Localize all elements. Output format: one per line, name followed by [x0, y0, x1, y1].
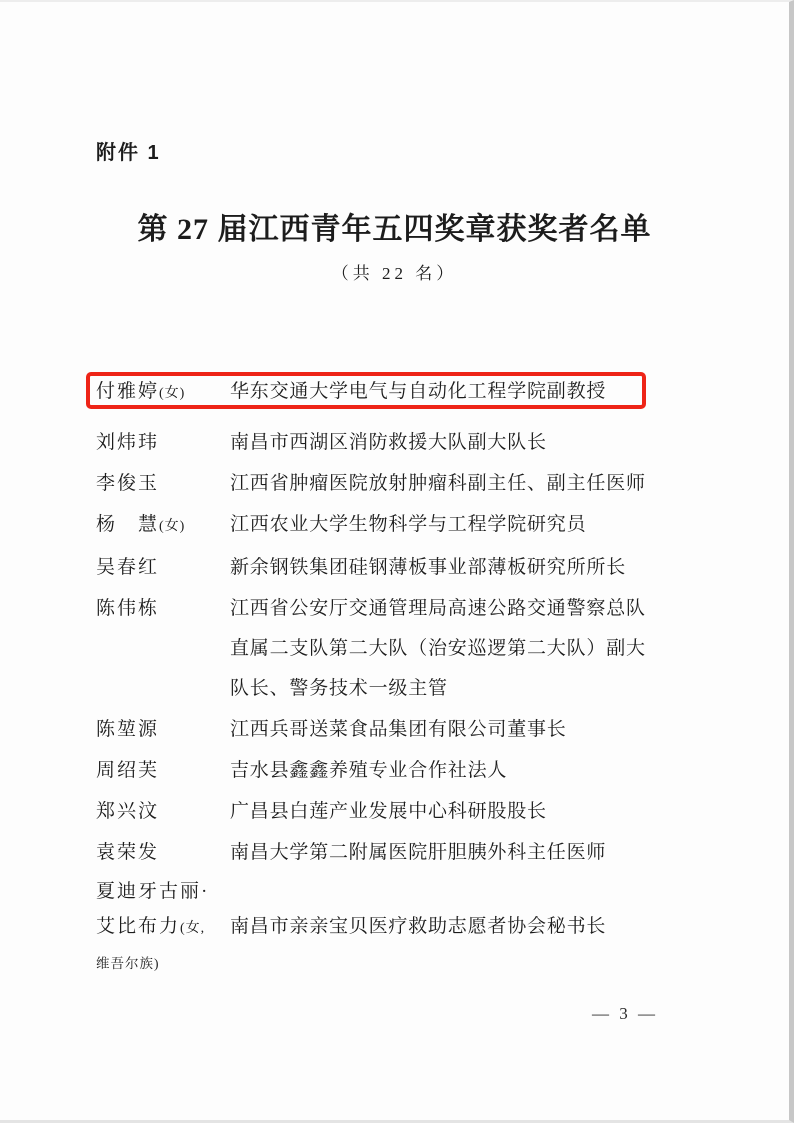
position-line: 江西兵哥送菜食品集团有限公司董事长 [230, 710, 567, 750]
gender-ethnicity-suffix: (女) [159, 386, 185, 401]
position-line: 新余钢铁集团硅钢薄板事业部薄板研究所所长 [230, 548, 626, 588]
awardee-name: 袁荣发 [96, 833, 230, 873]
awardee-list: 付雅婷(女)华东交通大学电气与自动化工程学院副教授刘炜玮南昌市西湖区消防救援大队… [96, 372, 736, 981]
awardee-name: 陈伟栋 [96, 589, 230, 629]
awardee-name: 郑兴汶 [96, 792, 230, 832]
awardee-name: 李俊玉 [96, 464, 230, 504]
awardee-position: 吉水县鑫鑫养殖专业合作社法人 [230, 751, 507, 791]
awardee-name: 维吾尔族) [96, 946, 230, 981]
position-line: 华东交通大学电气与自动化工程学院副教授 [230, 372, 606, 412]
awardee-position: 江西省肿瘤医院放射肿瘤科副主任、副主任医师 [230, 464, 646, 504]
awardee-name: 陈堃源 [96, 710, 230, 750]
list-item: 李俊玉江西省肿瘤医院放射肿瘤科副主任、副主任医师 [96, 464, 736, 504]
subtitle-count: （共 22 名） [0, 259, 789, 284]
gender-ethnicity-suffix: (女) [159, 519, 185, 534]
list-item: 夏迪牙古丽· [96, 874, 736, 909]
position-line: 江西省肿瘤医院放射肿瘤科副主任、副主任医师 [230, 464, 646, 504]
awardee-position: 广昌县白莲产业发展中心科研股股长 [230, 792, 547, 832]
document-page: 附件 1 第 27 届江西青年五四奖章获奖者名单 （共 22 名） 付雅婷(女)… [0, 0, 794, 1123]
position-line: 南昌大学第二附属医院肝胆胰外科主任医师 [230, 833, 606, 873]
attachment-label: 附件 1 [96, 136, 161, 165]
list-item: 刘炜玮南昌市西湖区消防救援大队副大队长 [96, 423, 736, 463]
list-item: 维吾尔族) [96, 946, 736, 981]
position-line: 南昌市西湖区消防救援大队副大队长 [230, 423, 547, 463]
awardee-position: 江西农业大学生物科学与工程学院研究员 [230, 505, 586, 545]
list-item: 艾比布力(女,南昌市亲亲宝贝医疗救助志愿者协会秘书长 [96, 909, 736, 946]
list-item: 付雅婷(女)华东交通大学电气与自动化工程学院副教授 [96, 372, 736, 414]
position-line: 广昌县白莲产业发展中心科研股股长 [230, 792, 547, 832]
awardee-position: 南昌市西湖区消防救援大队副大队长 [230, 423, 547, 463]
gender-ethnicity-suffix: (女, [180, 921, 205, 936]
awardee-name: 刘炜玮 [96, 423, 230, 463]
list-item: 周绍芙吉水县鑫鑫养殖专业合作社法人 [96, 751, 736, 791]
list-item: 吴春红新余钢铁集团硅钢薄板事业部薄板研究所所长 [96, 548, 736, 588]
awardee-position: 南昌大学第二附属医院肝胆胰外科主任医师 [230, 833, 606, 873]
position-line: 南昌市亲亲宝贝医疗救助志愿者协会秘书长 [230, 909, 606, 944]
list-item: 杨 慧(女)江西农业大学生物科学与工程学院研究员 [96, 505, 736, 547]
position-line: 吉水县鑫鑫养殖专业合作社法人 [230, 751, 507, 791]
awardee-name: 艾比布力(女, [96, 909, 230, 946]
awardee-name: 周绍芙 [96, 751, 230, 791]
awardee-position: 南昌市亲亲宝贝医疗救助志愿者协会秘书长 [230, 909, 606, 944]
list-item: 陈堃源江西兵哥送菜食品集团有限公司董事长 [96, 710, 736, 750]
awardee-position: 江西兵哥送菜食品集团有限公司董事长 [230, 710, 567, 750]
awardee-position: 华东交通大学电气与自动化工程学院副教授 [230, 372, 606, 412]
page-number: — 3 — [592, 1004, 658, 1024]
awardee-name: 夏迪牙古丽· [96, 874, 230, 909]
position-line: 直属二支队第二大队（治安巡逻第二大队）副大 [230, 629, 646, 669]
awardee-position: 新余钢铁集团硅钢薄板事业部薄板研究所所长 [230, 548, 626, 588]
awardee-position: 江西省公安厅交通管理局高速公路交通警察总队直属二支队第二大队（治安巡逻第二大队）… [230, 589, 646, 709]
awardee-name: 杨 慧(女) [96, 505, 230, 547]
position-line: 江西省公安厅交通管理局高速公路交通警察总队 [230, 589, 646, 629]
awardee-name: 吴春红 [96, 548, 230, 588]
position-line: 队长、警务技术一级主管 [230, 669, 646, 709]
list-item: 陈伟栋江西省公安厅交通管理局高速公路交通警察总队直属二支队第二大队（治安巡逻第二… [96, 589, 736, 709]
list-item: 郑兴汶广昌县白莲产业发展中心科研股股长 [96, 792, 736, 832]
list-item: 袁荣发南昌大学第二附属医院肝胆胰外科主任医师 [96, 833, 736, 873]
position-line: 江西农业大学生物科学与工程学院研究员 [230, 505, 586, 545]
awardee-name: 付雅婷(女) [96, 372, 230, 414]
page-title: 第 27 届江西青年五四奖章获奖者名单 [0, 204, 789, 248]
